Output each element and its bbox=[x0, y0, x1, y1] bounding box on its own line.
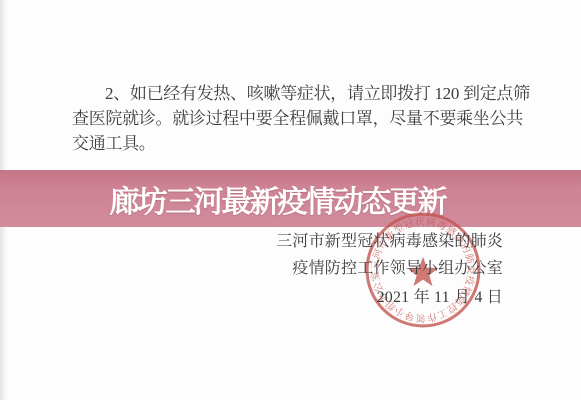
body-text-line-1: 2、如已经有发热、咳嗽等症状，请立即拨打 120 到定点筛 bbox=[105, 79, 530, 104]
signature-org-line-1: 三河市新型冠状病毒感染的肺炎 bbox=[276, 228, 503, 255]
document-page: 2、如已经有发热、咳嗽等症状，请立即拨打 120 到定点筛 查医院就诊。就诊过程… bbox=[0, 0, 581, 400]
signature-date: 2021 年 11 月 4 日 bbox=[276, 284, 503, 311]
headline-banner: 廊坊三河最新疫情动态更新 bbox=[0, 170, 581, 227]
signature-org-line-2: 疫情防控工作领导小组办公室 bbox=[276, 255, 503, 282]
body-text-line-3: 交通工具。 bbox=[72, 129, 156, 154]
body-text-line-2: 查医院就诊。就诊过程中要全程佩戴口罩，尽量不要乘坐公共 bbox=[72, 104, 523, 129]
signature-block: 三河市新型冠状病毒感染的肺炎 疫情防控工作领导小组办公室 2021 年 11 月… bbox=[276, 228, 503, 311]
